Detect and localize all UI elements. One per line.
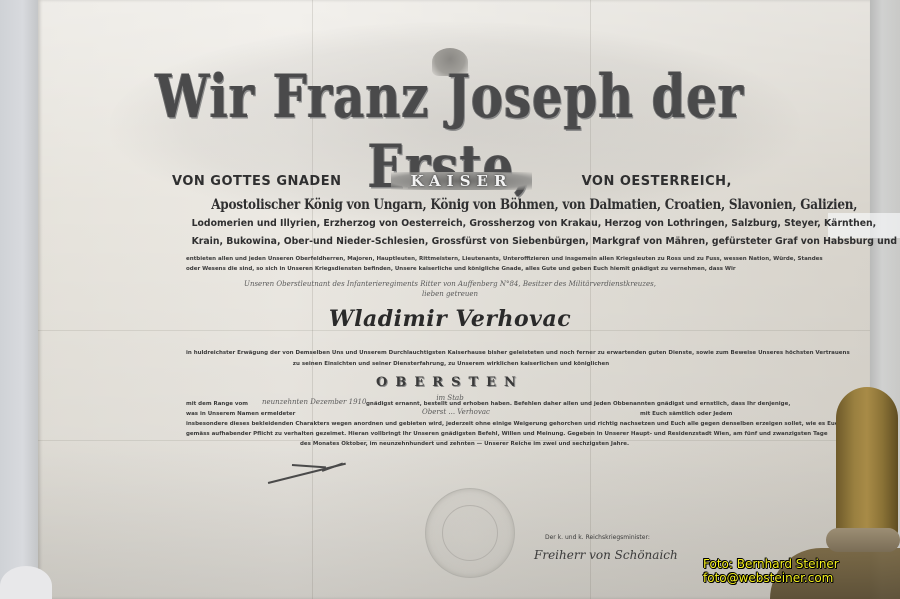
photographer-name: Foto: Bernhard Steiner: [703, 557, 839, 571]
titles-line: Apostolischer König von Ungarn, König vo…: [211, 197, 693, 213]
body-line: insbesondere dieses bekleidenden Charakt…: [186, 421, 716, 427]
seal-eagle: [442, 505, 498, 561]
body-line: mit Euch sämtlich oder Jedem: [640, 411, 732, 417]
foreground-object: [0, 566, 52, 599]
address-line: oder Wesens die sind, so sich in Unseren…: [186, 266, 716, 272]
embossed-seal: [425, 488, 515, 578]
address-line: entbieten allen und jeden Unseren Oberfe…: [186, 256, 716, 262]
consideration-line: zu seinen Einsichten und seiner Dienster…: [186, 361, 716, 367]
photo-credit: Foto: Bernhard Steiner foto@websteiner.c…: [703, 557, 839, 585]
body-line: des Monates Oktober, im neunzehnhundert …: [300, 441, 610, 447]
countersign-signature: Freiherr von Schönaich: [534, 548, 678, 562]
body-line: mit dem Range vom: [186, 401, 248, 407]
wooden-finial: [836, 387, 898, 537]
titles-line: Lodomerien und Illyrien, Erzherzog von O…: [192, 218, 713, 229]
titles-line: Krain, Bukowina, Ober-und Nieder-Schlesi…: [192, 236, 713, 247]
handwritten-unit: Unseren Oberstleutnant des Infanteriereg…: [230, 280, 670, 288]
countersign-label: Der k. und k. Reichskriegsminister:: [545, 534, 650, 541]
by-grace-of-god: VON GOTTES GNADEN: [172, 174, 341, 189]
wall-left: [0, 0, 38, 599]
handwritten-date: neunzehnten Dezember 1910: [262, 398, 362, 406]
handwritten-name: Oberst ... Verhovac: [396, 408, 516, 416]
rank-title: OBERSTEN: [330, 375, 570, 390]
body-line: was in Unserem Namen ermeldeter: [186, 411, 295, 417]
of-austria: VON OESTERREICH,: [582, 174, 732, 189]
imperial-style-line: VON GOTTES GNADEN KAISER VON OESTERREICH…: [172, 172, 732, 190]
handwritten-beloved: lieben getreuen: [400, 290, 500, 298]
consideration-line: in huldreichster Erwägung der von Demsel…: [186, 350, 716, 356]
photographer-email: foto@websteiner.com: [703, 571, 839, 585]
body-line: gemäss aufhabender Pflicht zu verhalten …: [186, 431, 716, 437]
finial-ring: [826, 528, 900, 552]
body-line: gnädigst ernannt, bestellt und erhoben h…: [366, 401, 716, 407]
kaiser-banner: KAISER: [391, 172, 533, 190]
recipient-name: Wladimir Verhovac: [320, 306, 580, 332]
